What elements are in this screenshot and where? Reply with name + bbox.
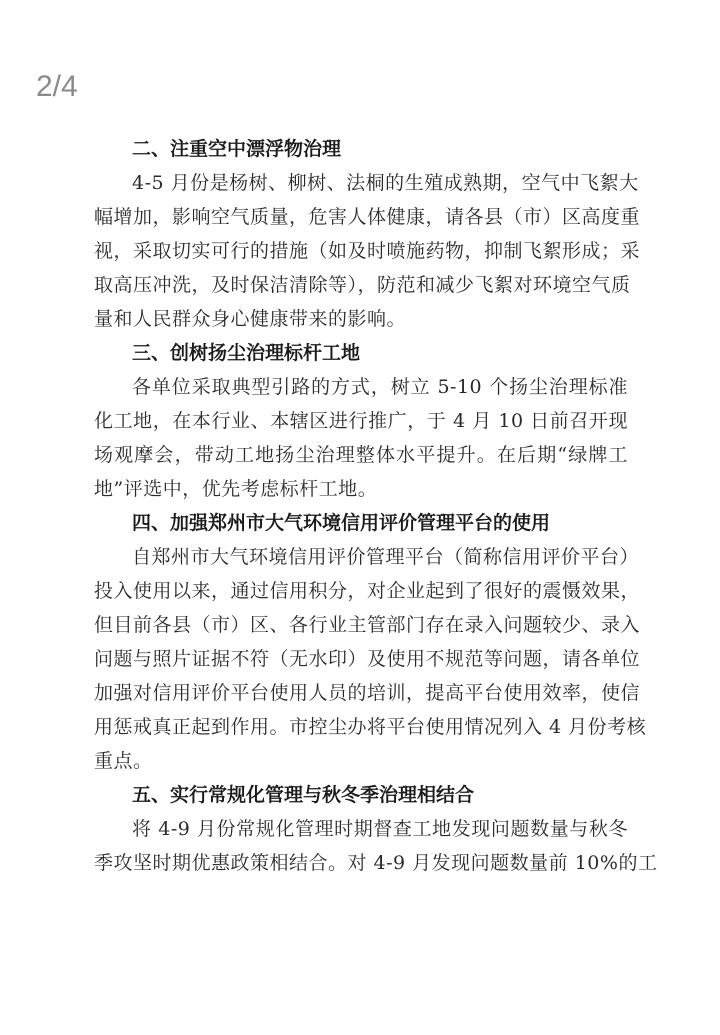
section-heading: 三、创树扬尘治理标杆工地 bbox=[94, 336, 628, 370]
paragraph-line: 地”评选中，优先考虑标杆工地。 bbox=[94, 472, 628, 506]
paragraph-line: 加强对信用评价平台使用人员的培训，提高平台使用效率，使信 bbox=[94, 676, 628, 710]
paragraph-line: 但目前各县（市）区、各行业主管部门存在录入问题较少、录入 bbox=[94, 608, 628, 642]
paragraph-line: 化工地，在本行业、本辖区进行推广，于 4 月 10 日前召开现 bbox=[94, 404, 628, 438]
document-body: 二、注重空中漂浮物治理 4-5 月份是杨树、柳树、法桐的生殖成熟期，空气中飞絮大… bbox=[94, 132, 628, 880]
paragraph-line: 重点。 bbox=[94, 744, 628, 778]
paragraph-line: 用惩戒真正起到作用。市控尘办将平台使用情况列入 4 月份考核 bbox=[94, 710, 628, 744]
paragraph-line: 将 4-9 月份常规化管理时期督查工地发现问题数量与秋冬 bbox=[94, 812, 628, 846]
paragraph-line: 4-5 月份是杨树、柳树、法桐的生殖成熟期，空气中飞絮大 bbox=[94, 166, 628, 200]
page-counter: 2/4 bbox=[36, 70, 78, 104]
paragraph-line: 取高压冲洗，及时保洁清除等），防范和减少飞絮对环境空气质 bbox=[94, 268, 628, 302]
paragraph-line: 季攻坚时期优惠政策相结合。对 4-9 月发现问题数量前 10%的工 bbox=[94, 846, 628, 880]
section-heading: 二、注重空中漂浮物治理 bbox=[94, 132, 628, 166]
paragraph-line: 量和人民群众身心健康带来的影响。 bbox=[94, 302, 628, 336]
paragraph-line: 问题与照片证据不符（无水印）及使用不规范等问题，请各单位 bbox=[94, 642, 628, 676]
paragraph-line: 各单位采取典型引路的方式，树立 5-10 个扬尘治理标准 bbox=[94, 370, 628, 404]
paragraph-line: 幅增加，影响空气质量，危害人体健康，请各县（市）区高度重 bbox=[94, 200, 628, 234]
section-heading: 五、实行常规化管理与秋冬季治理相结合 bbox=[94, 778, 628, 812]
paragraph-line: 场观摩会，带动工地扬尘治理整体水平提升。在后期“绿牌工 bbox=[94, 438, 628, 472]
section-heading: 四、加强郑州市大气环境信用评价管理平台的使用 bbox=[94, 506, 628, 540]
paragraph-line: 自郑州市大气环境信用评价管理平台（简称信用评价平台） bbox=[94, 540, 628, 574]
paragraph-line: 视，采取切实可行的措施（如及时喷施药物，抑制飞絮形成；采 bbox=[94, 234, 628, 268]
paragraph-line: 投入使用以来，通过信用积分，对企业起到了很好的震慑效果， bbox=[94, 574, 628, 608]
